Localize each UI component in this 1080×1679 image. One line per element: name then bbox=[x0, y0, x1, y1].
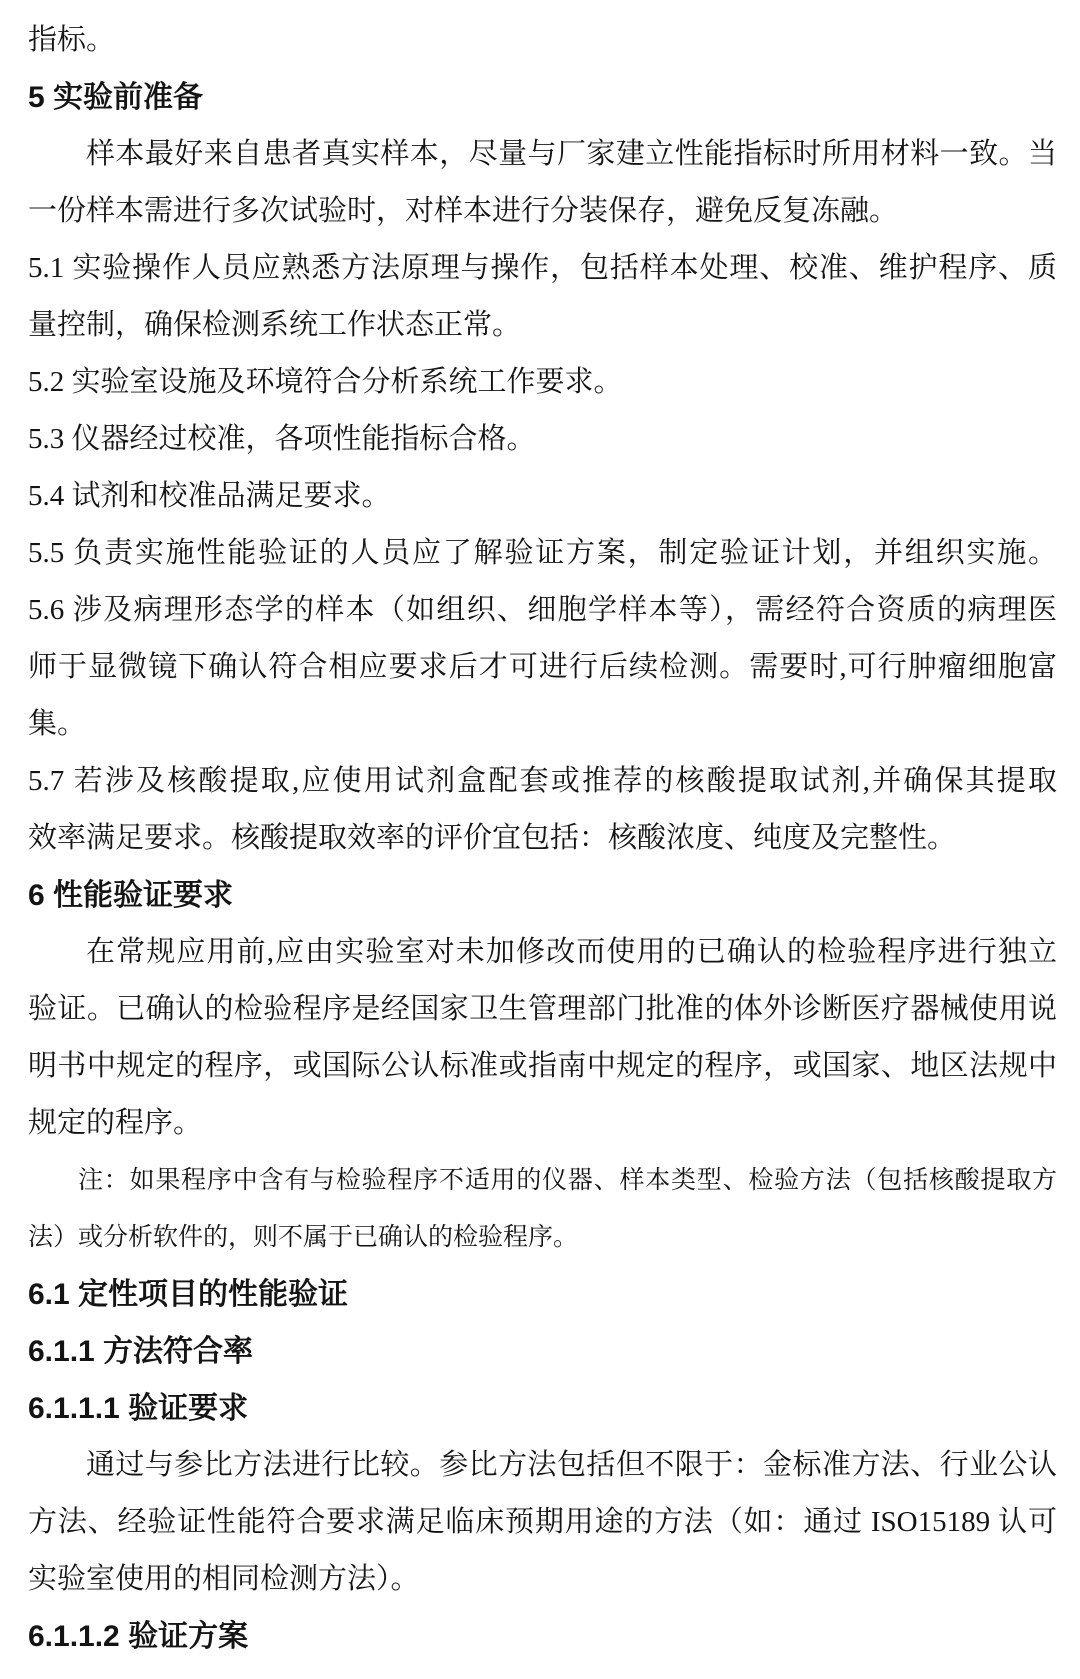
text-line: 在常规应用前,应由实验室对未加修改而使用的已确认的检验程序进行独立 bbox=[28, 924, 1057, 981]
note-confirmed-procedure: 注：如果程序中含有与检验程序不适用的仪器、样本类型、检验方法（包括核酸提取方 法… bbox=[28, 1152, 1057, 1266]
paragraph-sample-source: 样本最好来自患者真实样本，尽量与厂家建立性能指标时所用材料一致。当 一份样本需进… bbox=[28, 126, 1057, 240]
text-line: 样本最好来自患者真实样本，尽量与厂家建立性能指标时所用材料一致。当 bbox=[28, 126, 1057, 183]
heading-text: 6.1.1.2 验证方案 bbox=[28, 1608, 1057, 1665]
text-line: 5.1 实验操作人员应熟悉方法原理与操作，包括样本处理、校准、维护程序、质 bbox=[28, 240, 1057, 297]
paragraph-method-comparison: 通过与参比方法进行比较。参比方法包括但不限于：金标准方法、行业公认 方法、经验证… bbox=[28, 1437, 1057, 1608]
section-heading-6-1-1-1: 6.1.1.1 验证要求 bbox=[28, 1380, 1057, 1437]
text-line: 集。 bbox=[28, 696, 1057, 753]
text-line: 师于显微镜下确认符合相应要求后才可进行后续检测。需要时,可行肿瘤细胞富 bbox=[28, 639, 1057, 696]
clause-5-5: 5.5 负责实施性能验证的人员应了解验证方案，制定验证计划，并组织实施。 bbox=[28, 525, 1057, 582]
text-line: 实验室使用的相同检测方法）。 bbox=[28, 1551, 1057, 1608]
paragraph-continuation: 指标。 bbox=[28, 12, 1057, 69]
text-line: 5.4 试剂和校准品满足要求。 bbox=[28, 468, 1057, 525]
clause-5-2: 5.2 实验室设施及环境符合分析系统工作要求。 bbox=[28, 354, 1057, 411]
heading-text: 5 实验前准备 bbox=[28, 69, 1057, 126]
clause-5-7: 5.7 若涉及核酸提取,应使用试剂盒配套或推荐的核酸提取试剂,并确保其提取 效率… bbox=[28, 753, 1057, 867]
heading-text: 6.1 定性项目的性能验证 bbox=[28, 1266, 1057, 1323]
clause-5-1: 5.1 实验操作人员应熟悉方法原理与操作，包括样本处理、校准、维护程序、质 量控… bbox=[28, 240, 1057, 354]
text-line: 明书中规定的程序，或国际公认标准或指南中规定的程序，或国家、地区法规中 bbox=[28, 1038, 1057, 1095]
document-page: 指标。 5 实验前准备 样本最好来自患者真实样本，尽量与厂家建立性能指标时所用材… bbox=[0, 0, 1080, 1679]
text-line: 5.7 若涉及核酸提取,应使用试剂盒配套或推荐的核酸提取试剂,并确保其提取 bbox=[28, 753, 1057, 810]
text-line: 规定的程序。 bbox=[28, 1095, 1057, 1152]
section-heading-6-1-1: 6.1.1 方法符合率 bbox=[28, 1323, 1057, 1380]
text-line: 效率满足要求。核酸提取效率的评价宜包括：核酸浓度、纯度及完整性。 bbox=[28, 810, 1057, 867]
text-line: 量控制，确保检测系统工作状态正常。 bbox=[28, 297, 1057, 354]
section-heading-6: 6 性能验证要求 bbox=[28, 867, 1057, 924]
text-line: 一份样本需进行多次试验时，对样本进行分装保存，避免反复冻融。 bbox=[28, 183, 1057, 240]
text-line: 5.5 负责实施性能验证的人员应了解验证方案，制定验证计划，并组织实施。 bbox=[28, 525, 1057, 582]
heading-text: 6.1.1 方法符合率 bbox=[28, 1323, 1057, 1380]
text-line: 5.2 实验室设施及环境符合分析系统工作要求。 bbox=[28, 354, 1057, 411]
clause-5-3: 5.3 仪器经过校准，各项性能指标合格。 bbox=[28, 411, 1057, 468]
section-heading-6-1-1-2: 6.1.1.2 验证方案 bbox=[28, 1608, 1057, 1665]
text-line: 方法、经验证性能符合要求满足临床预期用途的方法（如：通过 ISO15189 认可 bbox=[28, 1494, 1057, 1551]
text-line: 5.6 涉及病理形态学的样本（如组织、细胞学样本等），需经符合资质的病理医 bbox=[28, 582, 1057, 639]
text-line: 通过与参比方法进行比较。参比方法包括但不限于：金标准方法、行业公认 bbox=[28, 1437, 1057, 1494]
clause-5-6: 5.6 涉及病理形态学的样本（如组织、细胞学样本等），需经符合资质的病理医 师于… bbox=[28, 582, 1057, 753]
text-line: 5.3 仪器经过校准，各项性能指标合格。 bbox=[28, 411, 1057, 468]
text-line: 指标。 bbox=[28, 12, 1057, 69]
clause-5-4: 5.4 试剂和校准品满足要求。 bbox=[28, 468, 1057, 525]
note-line: 法）或分析软件的，则不属于已确认的检验程序。 bbox=[28, 1209, 1057, 1266]
heading-text: 6.1.1.1 验证要求 bbox=[28, 1380, 1057, 1437]
text-line: 验证。已确认的检验程序是经国家卫生管理部门批准的体外诊断医疗器械使用说 bbox=[28, 981, 1057, 1038]
section-heading-6-1: 6.1 定性项目的性能验证 bbox=[28, 1266, 1057, 1323]
heading-text: 6 性能验证要求 bbox=[28, 867, 1057, 924]
paragraph-verification-intro: 在常规应用前,应由实验室对未加修改而使用的已确认的检验程序进行独立 验证。已确认… bbox=[28, 924, 1057, 1152]
section-heading-5: 5 实验前准备 bbox=[28, 69, 1057, 126]
note-line: 注：如果程序中含有与检验程序不适用的仪器、样本类型、检验方法（包括核酸提取方 bbox=[28, 1152, 1057, 1209]
